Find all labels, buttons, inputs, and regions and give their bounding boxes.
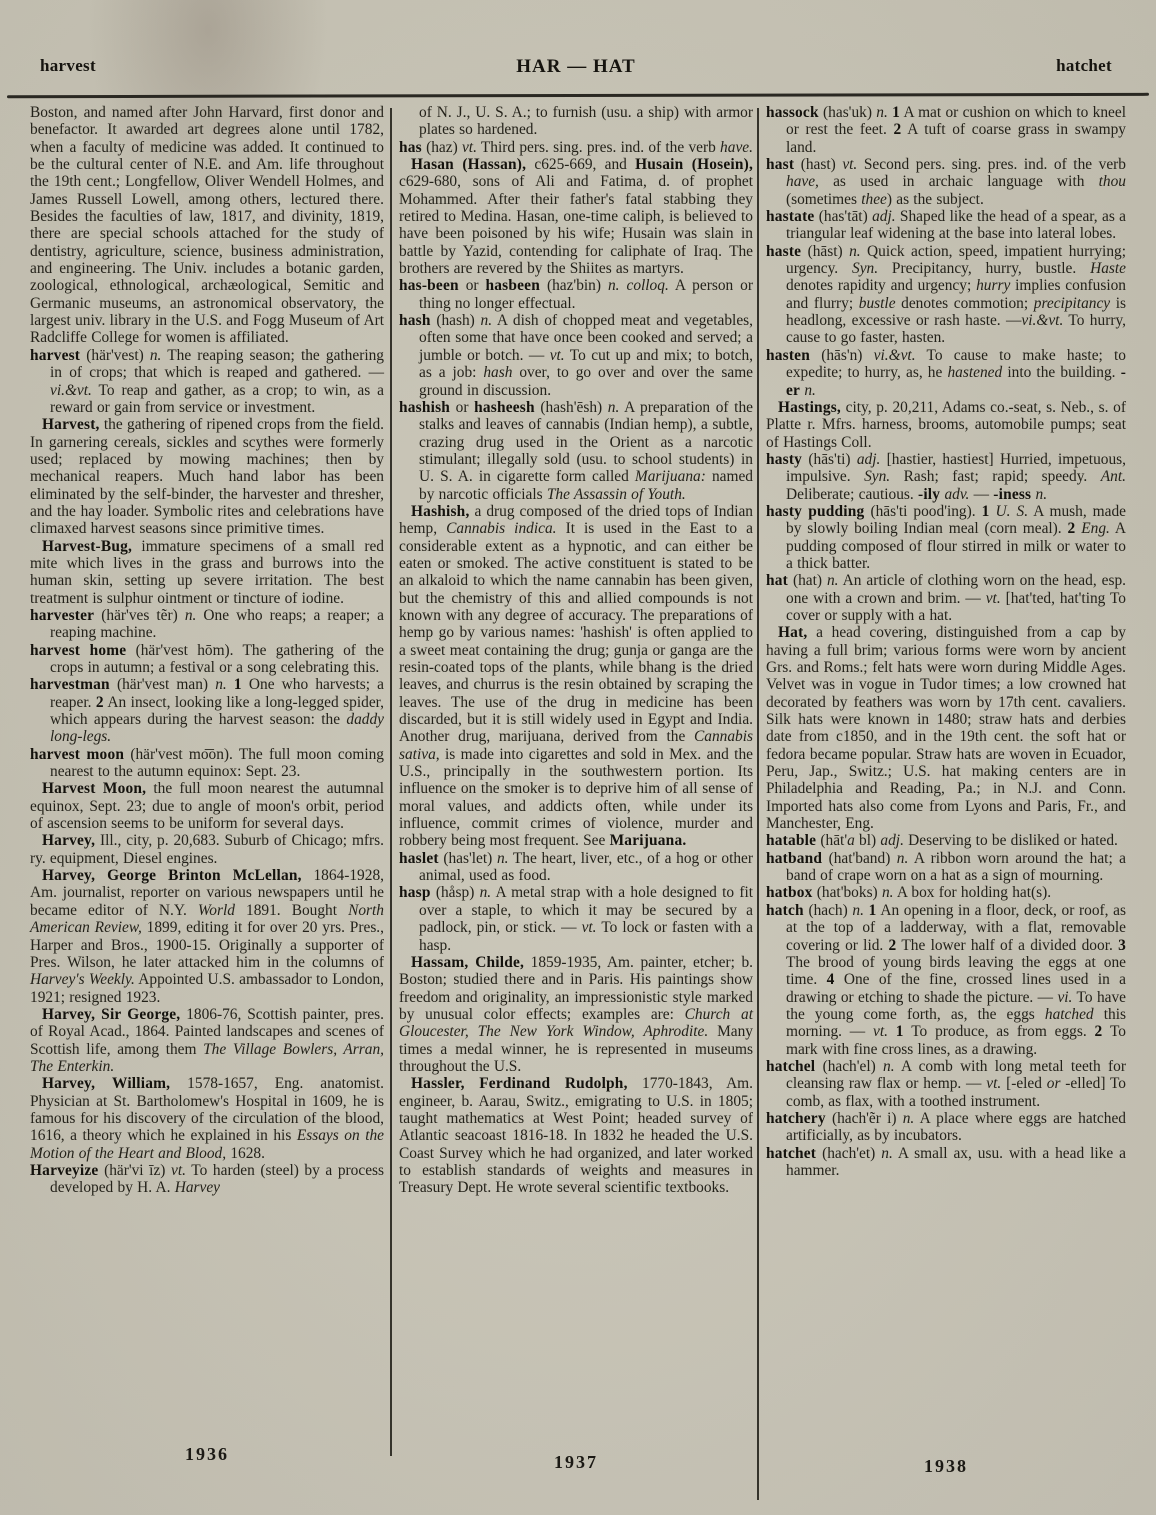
dictionary-entry: hatchel (hach'el) n. A comb with long me… bbox=[766, 1058, 1126, 1110]
dictionary-entry: hashish or hasheesh (hash'ēsh) n. A prep… bbox=[399, 399, 753, 503]
dictionary-entry: hatable (hāt'a bl) adj. Deserving to be … bbox=[766, 832, 1126, 849]
running-head: HAR — HAT harvest hatchet bbox=[40, 56, 1112, 80]
dictionary-entry: has (haz) vt. Third pers. sing. pres. in… bbox=[399, 139, 753, 156]
dictionary-entry: Harvey, George Brinton McLellan, 1864-19… bbox=[30, 867, 384, 1006]
dictionary-page: HAR — HAT harvest hatchet Boston, and na… bbox=[0, 0, 1156, 1515]
dictionary-entry: Hashish, a drug composed of the dried to… bbox=[399, 503, 753, 850]
dictionary-entry: Hat, a head covering, distinguished from… bbox=[766, 624, 1126, 832]
dictionary-entry: hatband (hat'band) n. A ribbon worn arou… bbox=[766, 850, 1126, 885]
dictionary-entry: hasty pudding (hās'ti pood'ing). 1 U. S.… bbox=[766, 503, 1126, 572]
dictionary-entry: has-been or hasbeen (haz'bin) n. colloq.… bbox=[399, 277, 753, 312]
dictionary-entry: of N. J., U. S. A.; to furnish (usu. a s… bbox=[399, 104, 753, 139]
column-rule-1 bbox=[390, 108, 392, 1456]
dictionary-entry: Harvey, William, 1578-1657, Eng. anatomi… bbox=[30, 1075, 384, 1162]
dictionary-entry: hasp (håsp) n. A metal strap with a hole… bbox=[399, 884, 753, 953]
dictionary-entry: haslet (has'let) n. The heart, liver, et… bbox=[399, 850, 753, 885]
dictionary-entry: Harvest Moon, the full moon nearest the … bbox=[30, 780, 384, 832]
page-number: 1937 bbox=[399, 1452, 753, 1473]
text-columns: Boston, and named after John Harvard, fi… bbox=[30, 104, 1156, 1515]
dictionary-entry: Hassam, Childe, 1859-1935, Am. painter, … bbox=[399, 954, 753, 1075]
dictionary-entry: harvester (här'ves tẽr) n. One who reaps… bbox=[30, 607, 384, 642]
dictionary-entry: Hassler, Ferdinand Rudolph, 1770-1843, A… bbox=[399, 1075, 753, 1196]
dictionary-entry: haste (hāst) n. Quick action, speed, imp… bbox=[766, 243, 1126, 347]
dictionary-entry: hatchet (hach'et) n. A small ax, usu. wi… bbox=[766, 1145, 1126, 1180]
dictionary-entry: hast (hast) vt. Second pers. sing. pres.… bbox=[766, 156, 1126, 208]
page-number: 1938 bbox=[766, 1456, 1126, 1477]
dictionary-entry: hassock (has'uk) n. 1 A mat or cushion o… bbox=[766, 104, 1126, 156]
page-number: 1936 bbox=[30, 1444, 384, 1465]
dictionary-entry: Harvey, Ill., city, p. 20,683. Suburb of… bbox=[30, 832, 384, 867]
dictionary-entry: hatbox (hat'boks) n. A box for holding h… bbox=[766, 884, 1126, 901]
dictionary-entry: hasten (hās'n) vi.&vt. To cause to make … bbox=[766, 347, 1126, 399]
dictionary-entry: hatchery (hach'ẽr i) n. A place where eg… bbox=[766, 1110, 1126, 1145]
column-rule-2 bbox=[757, 108, 759, 1500]
dictionary-entry: Harvest, the gathering of ripened crops … bbox=[30, 416, 384, 537]
dictionary-entry: Boston, and named after John Harvard, fi… bbox=[30, 104, 384, 347]
dictionary-entry: hasty (hās'ti) adj. [hastier, hastiest] … bbox=[766, 451, 1126, 503]
dictionary-entry: harvest moon (här'vest mo͞on). The full … bbox=[30, 746, 384, 781]
dictionary-entry: harvest (här'vest) n. The reaping season… bbox=[30, 347, 384, 416]
column-3: hassock (has'uk) n. 1 A mat or cushion o… bbox=[766, 104, 1126, 1179]
dictionary-entry: Hastings, city, p. 20,211, Adams co.-sea… bbox=[766, 399, 1126, 451]
dictionary-entry: hatch (hach) n. 1 An opening in a floor,… bbox=[766, 902, 1126, 1058]
dictionary-entry: hash (hash) n. A dish of chopped meat an… bbox=[399, 312, 753, 399]
column-1: Boston, and named after John Harvard, fi… bbox=[30, 104, 384, 1197]
column-2: of N. J., U. S. A.; to furnish (usu. a s… bbox=[399, 104, 753, 1197]
dictionary-entry: harvestman (här'vest man) n. 1 One who h… bbox=[30, 676, 384, 745]
dictionary-entry: harvest home (här'vest hōm). The gatheri… bbox=[30, 642, 384, 677]
header-rule bbox=[7, 93, 1149, 98]
running-head-center: HAR — HAT bbox=[40, 56, 1112, 78]
dictionary-entry: hat (hat) n. An article of clothing worn… bbox=[766, 572, 1126, 624]
dictionary-entry: Hasan (Hassan), c625-669, and Husain (Ho… bbox=[399, 156, 753, 277]
dictionary-entry: hastate (has'tāt) adj. Shaped like the h… bbox=[766, 208, 1126, 243]
dictionary-entry: Harveyize (här'vi īz) vt. To harden (ste… bbox=[30, 1162, 384, 1197]
dictionary-entry: Harvey, Sir George, 1806-76, Scottish pa… bbox=[30, 1006, 384, 1075]
dictionary-entry: Harvest-Bug, immature specimens of a sma… bbox=[30, 538, 384, 607]
